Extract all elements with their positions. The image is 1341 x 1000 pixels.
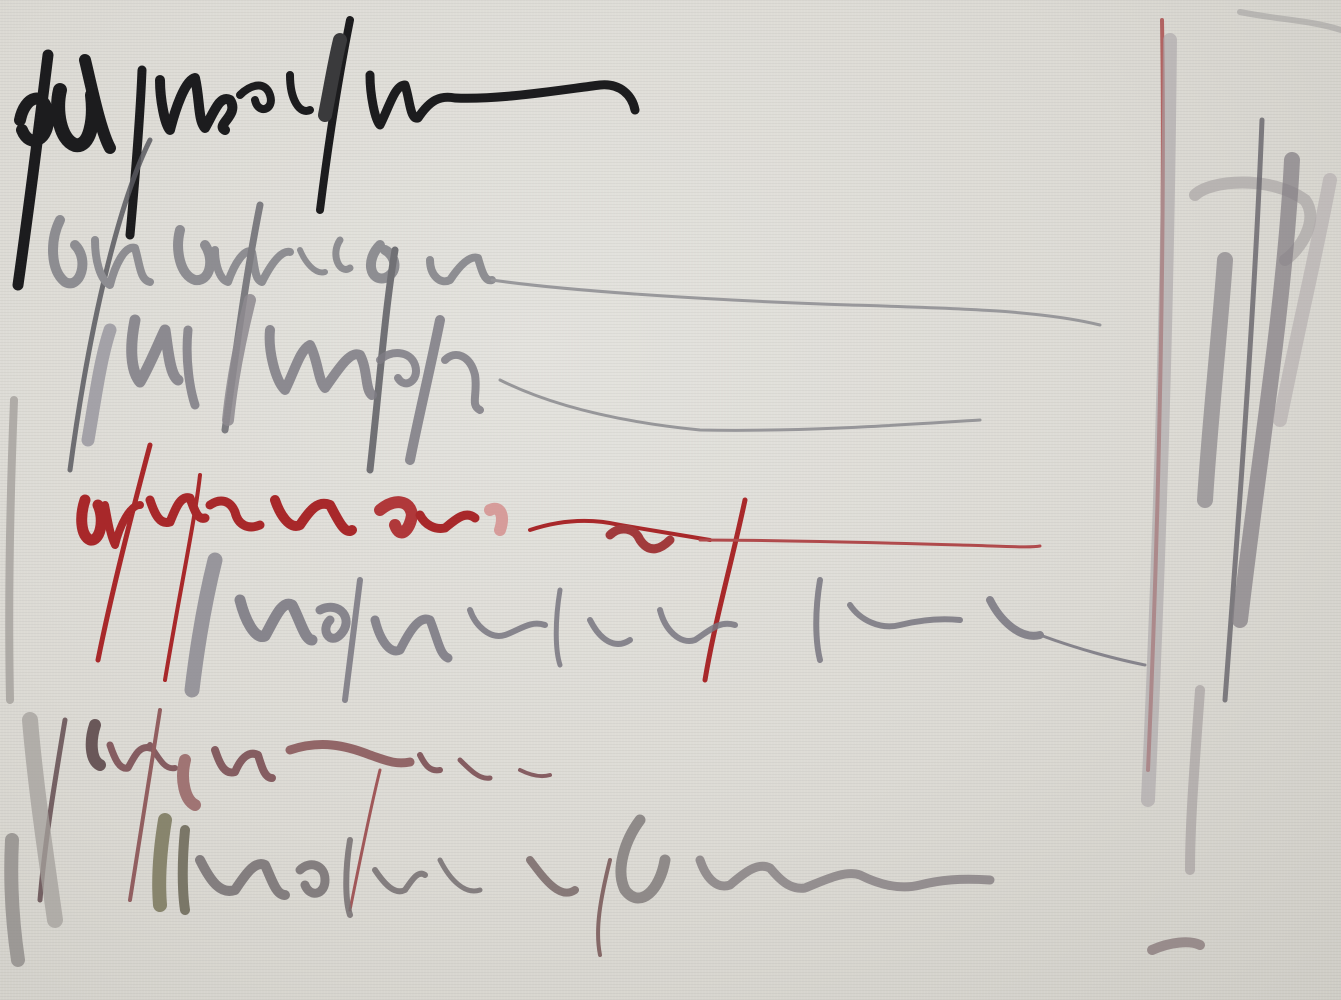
row-3-gray-script (88, 300, 980, 460)
row-4-red-script (82, 445, 1040, 680)
right-side-strokes (1148, 20, 1330, 950)
row-6-muted-red-script (40, 710, 550, 910)
row-7-gray-script (159, 820, 990, 955)
top-right-curve (1240, 12, 1341, 30)
row-5-gray-script (192, 560, 1145, 700)
row-2-gray-script (53, 140, 1100, 470)
brushwork (0, 0, 1341, 1000)
painting-canvas (0, 0, 1341, 1000)
left-edge-strokes (9, 400, 55, 960)
